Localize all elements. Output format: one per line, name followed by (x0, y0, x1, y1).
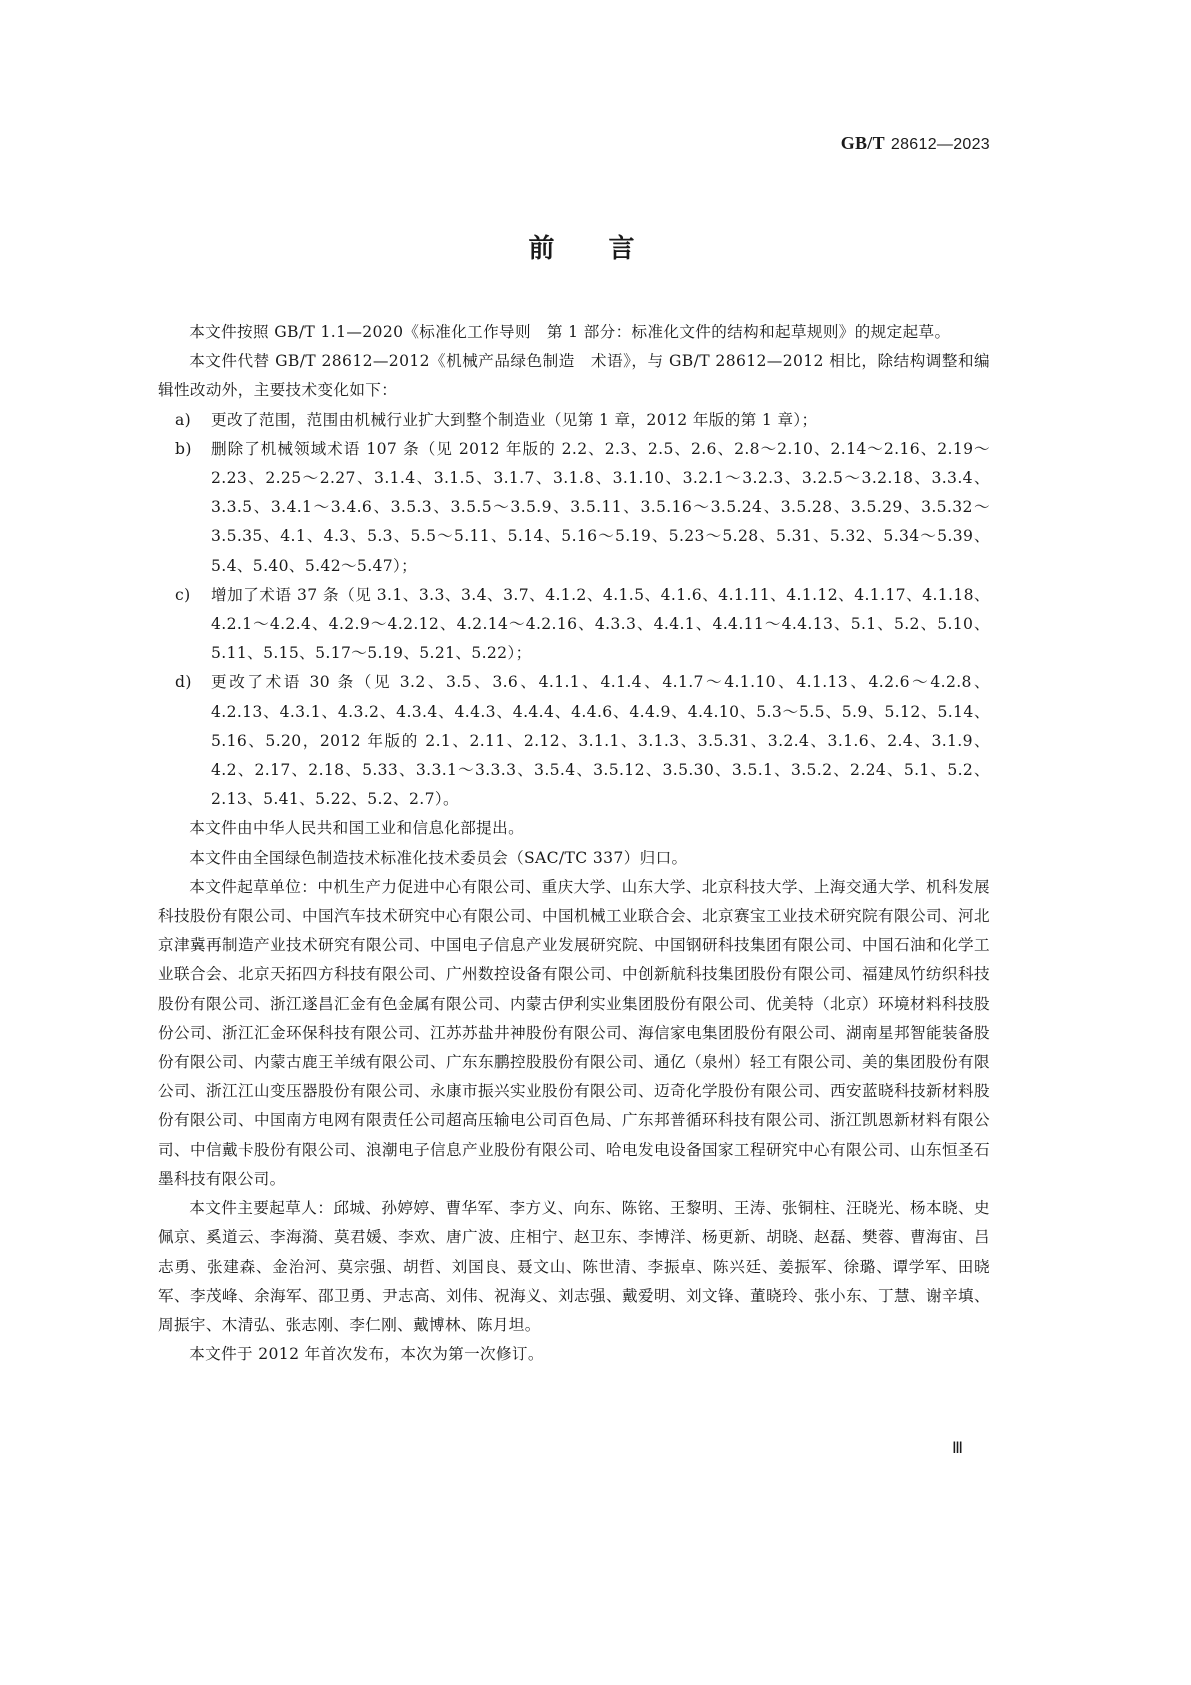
list-marker: d) (175, 668, 192, 697)
list-marker: a) (175, 406, 191, 435)
foreword-body: 本文件按照 GB/T 1.1—2020《标准化工作导则 第 1 部分：标准化文件… (158, 318, 990, 1369)
list-item: b) 删除了机械领域术语 107 条（见 2012 年版的 2.2、2.3、2.… (158, 435, 990, 581)
list-item: c) 增加了术语 37 条（见 3.1、3.3、3.4、3.7、4.1.2、4.… (158, 581, 990, 669)
paragraph-proposer: 本文件由中华人民共和国工业和信息化部提出。 (158, 814, 990, 843)
technical-changes-list: a) 更改了范围，范围由机械行业扩大到整个制造业（见第 1 章，2012 年版的… (158, 406, 990, 815)
list-marker: c) (175, 581, 191, 610)
list-item: a) 更改了范围，范围由机械行业扩大到整个制造业（见第 1 章，2012 年版的… (158, 406, 990, 435)
paragraph-drafting-units: 本文件起草单位：中机生产力促进中心有限公司、重庆大学、山东大学、北京科技大学、上… (158, 873, 990, 1194)
list-item-text: 更改了范围，范围由机械行业扩大到整个制造业（见第 1 章，2012 年版的第 1… (211, 411, 818, 429)
paragraph-drafters: 本文件主要起草人：邱城、孙婷婷、曹华军、李方义、向东、陈铭、王黎明、王涛、张铜柱… (158, 1194, 990, 1340)
page-title: 前言 (0, 228, 1191, 265)
paragraph-committee: 本文件由全国绿色制造技术标准化技术委员会（SAC/TC 337）归口。 (158, 844, 990, 873)
paragraph-publication-history: 本文件于 2012 年首次发布，本次为第一次修订。 (158, 1340, 990, 1369)
standard-prefix: GB/T (841, 133, 885, 153)
list-item-text: 增加了术语 37 条（见 3.1、3.3、3.4、3.7、4.1.2、4.1.5… (211, 586, 990, 662)
paragraph-replacement: 本文件代替 GB/T 28612—2012《机械产品绿色制造 术语》，与 GB/… (158, 347, 990, 405)
standard-number: 28612—2023 (891, 136, 990, 153)
paragraph-drafting-rules: 本文件按照 GB/T 1.1—2020《标准化工作导则 第 1 部分：标准化文件… (158, 318, 990, 347)
standard-number-header: GB/T28612—2023 (841, 133, 990, 154)
list-marker: b) (175, 435, 192, 464)
page-number: Ⅲ (952, 1438, 962, 1458)
list-item-text: 更改了术语 30 条（见 3.2、3.5、3.6、4.1.1、4.1.4、4.1… (211, 673, 990, 808)
list-item-text: 删除了机械领域术语 107 条（见 2012 年版的 2.2、2.3、2.5、2… (211, 440, 990, 575)
list-item: d) 更改了术语 30 条（见 3.2、3.5、3.6、4.1.1、4.1.4、… (158, 668, 990, 814)
